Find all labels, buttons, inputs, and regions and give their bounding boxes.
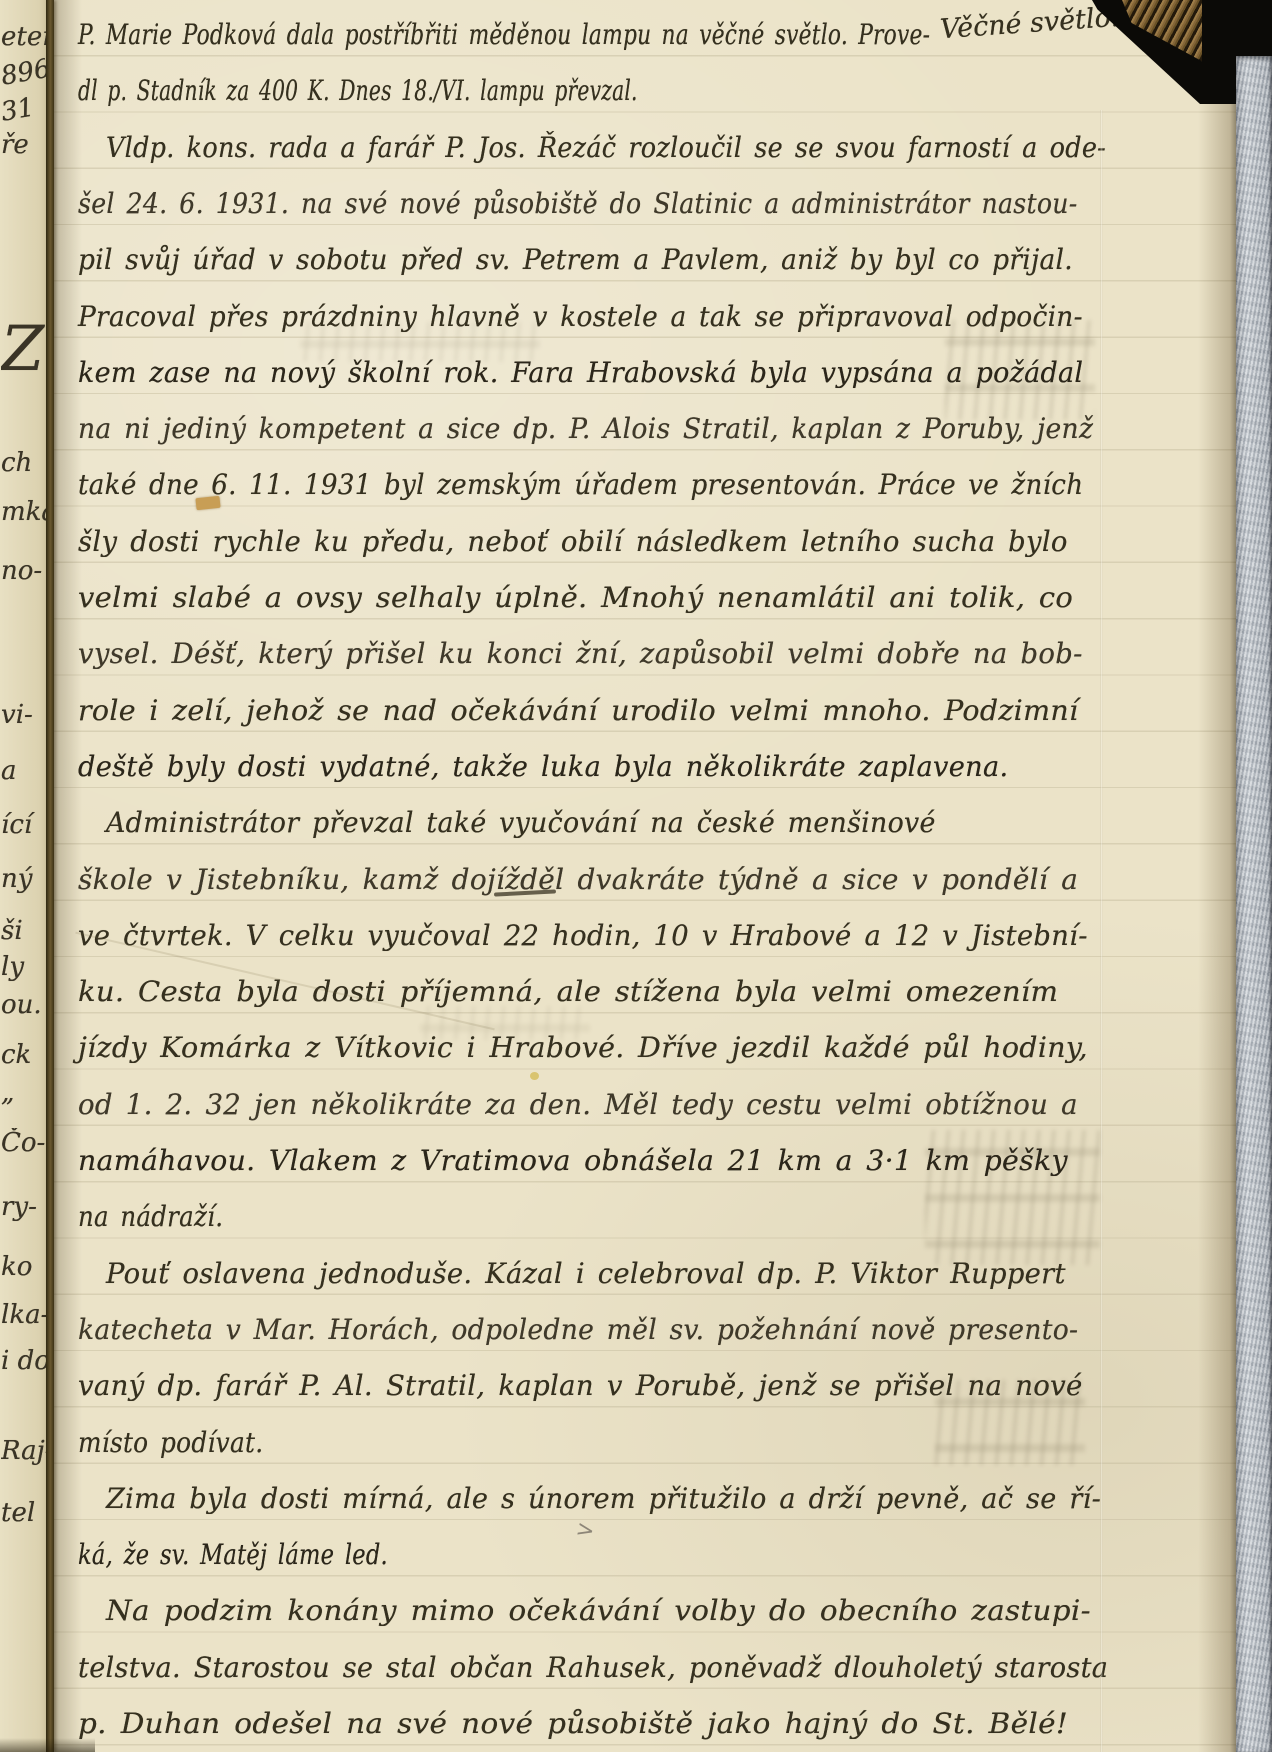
handwriting-line: ve čtvrtek. V celku vyučoval 22 hodin, 1…: [78, 921, 1088, 950]
gutter-text-fragment: i do: [1, 1346, 47, 1376]
handwriting-line: také dne 6. 11. 1931 byl zemským úřadem …: [78, 470, 1083, 499]
paper-stain: [530, 1072, 539, 1080]
gutter-text-fragment: no-: [1, 556, 47, 586]
gutter-text-fragment: eten-: [1, 22, 47, 52]
handwriting-line: ká, že sv. Matěj láme led.: [78, 1540, 388, 1569]
handwriting-line: škole v Jistebníku, kamž dojížděl dvakrá…: [78, 865, 1078, 894]
handwriting-line: Pouť oslavena jednoduše. Kázal i celebro…: [106, 1259, 1066, 1288]
handwriting-line: Na podzim konány mimo očekávání volby do…: [106, 1596, 1091, 1625]
gutter-text-fragment: Raj-: [1, 1436, 47, 1466]
binding-bottom-shadow: [0, 1738, 95, 1752]
gutter-text-fragment: a: [1, 756, 47, 786]
handwriting-line: P. Marie Podková dala postříbřiti měděno…: [78, 20, 930, 49]
binding-shadow: [54, 0, 82, 1752]
gutter-text-fragment: „: [1, 1078, 47, 1108]
pencil-check-mark: >: [574, 1516, 597, 1544]
handwriting-line: ku. Cesta byla dosti příjemná, ale stíže…: [78, 977, 1058, 1006]
handwriting-line: p. Duhan odešel na své nové působiště ja…: [78, 1709, 1068, 1738]
page-crease: [1100, 110, 1103, 1752]
chronicle-page-scan: P. Marie Podková dala postříbřiti měděno…: [0, 0, 1272, 1752]
paper-stain: [195, 496, 220, 510]
gutter-text-fragment: ck: [1, 1040, 47, 1070]
bookmark-strip: [1236, 56, 1272, 1752]
gutter-text-fragment: ly: [1, 952, 47, 982]
gutter-text-fragment: ši: [1, 916, 47, 946]
gutter-text-fragment: ící: [1, 810, 47, 840]
margin-note: Věčné světlo.: [939, 2, 1120, 45]
gutter-text-fragment: ch: [1, 448, 47, 478]
handwriting-line: dl p. Stadník za 400 K. Dnes 18./VI. lam…: [78, 76, 638, 105]
handwriting-line: Vldp. kons. rada a farář P. Jos. Řezáč r…: [106, 133, 1106, 162]
handwriting-line: kem zase na nový školní rok. Fara Hrabov…: [78, 358, 1083, 387]
gutter-text-fragment: lka-: [1, 1300, 47, 1330]
handwriting-line: šly dosti rychle ku předu, neboť obilí n…: [78, 527, 1068, 556]
gutter-text-fragment: Z: [1, 312, 47, 385]
stacked-page-edges: [1122, 0, 1202, 72]
gutter-text-fragment: vi-: [1, 700, 47, 730]
handwriting-line: katecheta v Mar. Horách, odpoledne měl s…: [78, 1315, 1078, 1344]
handwriting-line: role i zelí, jehož se nad očekávání urod…: [78, 696, 1078, 725]
gutter-text-fragment: tel: [1, 1498, 47, 1528]
handwriting-line: Zima byla dosti mírná, ale s únorem přit…: [106, 1484, 1101, 1513]
handwriting-line: Pracoval přes prázdniny hlavně v kostele…: [78, 302, 1083, 331]
handwriting-line: namáhavou. Vlakem z Vratimova obnášela 2…: [78, 1146, 1068, 1175]
handwriting-line: jízdy Komárka z Vítkovic i Hrabové. Dřív…: [78, 1033, 1088, 1062]
gutter-text-fragment: ou.: [1, 990, 47, 1020]
handwriting-line: pil svůj úřad v sobotu před sv. Petrem a…: [78, 245, 1073, 274]
gutter-text-fragment: ný: [1, 864, 47, 894]
binding-edge: [46, 0, 54, 1752]
gutter-text-fragment: ře: [1, 130, 47, 160]
gutter-text-fragment: Čo-: [1, 1128, 47, 1158]
handwriting-line: deště byly dosti vydatné, takže luka byl…: [78, 752, 1008, 781]
handwriting-line: vaný dp. farář P. Al. Stratil, kaplan v …: [78, 1371, 1083, 1400]
handwriting-line: Administrátor převzal také vyučování na …: [106, 808, 936, 837]
gutter-text-fragment: mka,: [1, 497, 47, 527]
handwriting-line: od 1. 2. 32 jen několikráte za den. Měl …: [78, 1090, 1078, 1119]
handwriting-line: telstva. Starostou se stal občan Rahusek…: [78, 1653, 1108, 1682]
gutter-text-fragment: ry-: [1, 1192, 47, 1222]
handwriting-line: na nádraží.: [78, 1202, 223, 1231]
handwriting-line: vysel. Déšť, který přišel ku konci žní, …: [78, 639, 1083, 668]
handwriting-line: místo podívat.: [78, 1428, 263, 1457]
handwriting-line: velmi slabé a ovsy selhaly úplně. Mnohý …: [78, 583, 1073, 612]
handwriting-line: šel 24. 6. 1931. na své nové působiště d…: [78, 189, 1078, 218]
gutter-text-fragment: ko: [1, 1252, 47, 1282]
page-edge-shadow: [1198, 0, 1238, 1752]
handwriting-line: na ni jediný kompetent a sice dp. P. Alo…: [78, 414, 1093, 443]
